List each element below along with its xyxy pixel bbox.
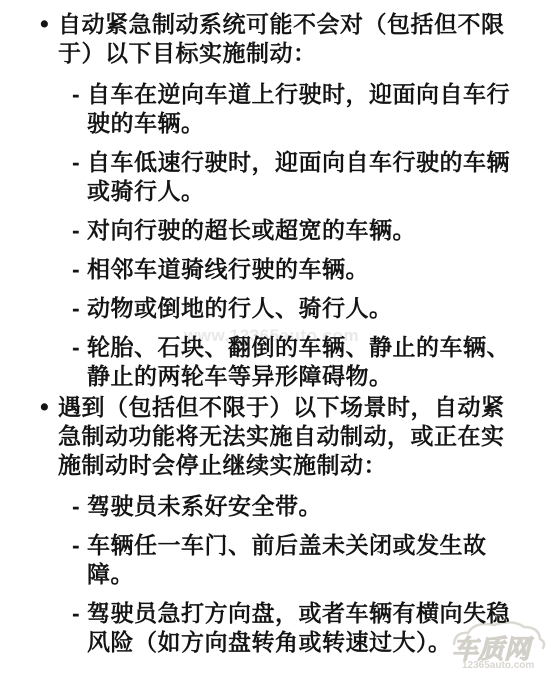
sub-item-text: 轮胎、石块、翻倒的车辆、静止的车辆、静止的两轮车等异形障碍物。: [87, 333, 530, 391]
dash-icon: -: [72, 492, 87, 521]
bullet-icon: •: [40, 393, 58, 657]
sub-item-text: 自车低速行驶时，迎面向自车行驶的车辆或骑行人。: [87, 148, 530, 206]
manual-page: www.12365auto.com • 自动紧急制动系统可能不会对（包括但不限于…: [0, 0, 550, 677]
sub-list-item: - 相邻车道骑线行驶的车辆。: [72, 255, 550, 284]
list-item: • 自动紧急制动系统可能不会对（包括但不限于）以下目标实施制动： - 自车在逆向…: [40, 10, 550, 391]
sub-item-text: 动物或倒地的行人、骑行人。: [87, 294, 530, 323]
bullet-icon: •: [40, 10, 58, 391]
sub-item-text: 自车在逆向车道上行驶时，迎面向自车行驶的车辆。: [87, 80, 530, 138]
dash-icon: -: [72, 216, 87, 245]
sub-list-item: - 驾驶员急打方向盘，或者车辆有横向失稳风险（如方向盘转角或转速过大）。: [72, 599, 550, 657]
sub-item-text: 对向行驶的超长或超宽的车辆。: [87, 216, 530, 245]
sub-list-item: - 驾驶员未系好安全带。: [72, 492, 550, 521]
dash-icon: -: [72, 255, 87, 284]
sub-list: - 驾驶员未系好安全带。 - 车辆任一车门、前后盖未关闭或发生故障。 - 驾驶员…: [72, 492, 550, 657]
dash-icon: -: [72, 80, 87, 138]
warning-list: • 自动紧急制动系统可能不会对（包括但不限于）以下目标实施制动： - 自车在逆向…: [0, 0, 550, 657]
list-item-body: 自动紧急制动系统可能不会对（包括但不限于）以下目标实施制动： - 自车在逆向车道…: [58, 10, 550, 391]
sub-list-item: - 自车低速行驶时，迎面向自车行驶的车辆或骑行人。: [72, 148, 550, 206]
logo-subtext: 12365auto.com: [462, 660, 534, 671]
dash-icon: -: [72, 333, 87, 391]
sub-list: - 自车在逆向车道上行驶时，迎面向自车行驶的车辆。 - 自车低速行驶时，迎面向自…: [72, 80, 550, 391]
sub-list-item: - 轮胎、石块、翻倒的车辆、静止的车辆、静止的两轮车等异形障碍物。: [72, 333, 550, 391]
list-item: • 遇到（包括但不限于）以下场景时，自动紧急制动功能将无法实施自动制动，或正在实…: [40, 393, 550, 657]
sub-list-item: - 车辆任一车门、前后盖未关闭或发生故障。: [72, 531, 550, 589]
sub-item-text: 驾驶员未系好安全带。: [87, 492, 530, 521]
sub-list-item: - 自车在逆向车道上行驶时，迎面向自车行驶的车辆。: [72, 80, 550, 138]
dash-icon: -: [72, 294, 87, 323]
sub-item-text: 驾驶员急打方向盘，或者车辆有横向失稳风险（如方向盘转角或转速过大）。: [87, 599, 530, 657]
list-item-body: 遇到（包括但不限于）以下场景时，自动紧急制动功能将无法实施自动制动，或正在实施制…: [58, 393, 550, 657]
sub-list-item: - 对向行驶的超长或超宽的车辆。: [72, 216, 550, 245]
dash-icon: -: [72, 148, 87, 206]
dash-icon: -: [72, 599, 87, 657]
dash-icon: -: [72, 531, 87, 589]
sub-item-text: 车辆任一车门、前后盖未关闭或发生故障。: [87, 531, 530, 589]
sub-list-item: - 动物或倒地的行人、骑行人。: [72, 294, 550, 323]
list-item-text: 自动紧急制动系统可能不会对（包括但不限于）以下目标实施制动：: [58, 10, 526, 68]
list-item-text: 遇到（包括但不限于）以下场景时，自动紧急制动功能将无法实施自动制动，或正在实施制…: [58, 393, 526, 480]
sub-item-text: 相邻车道骑线行驶的车辆。: [87, 255, 530, 284]
